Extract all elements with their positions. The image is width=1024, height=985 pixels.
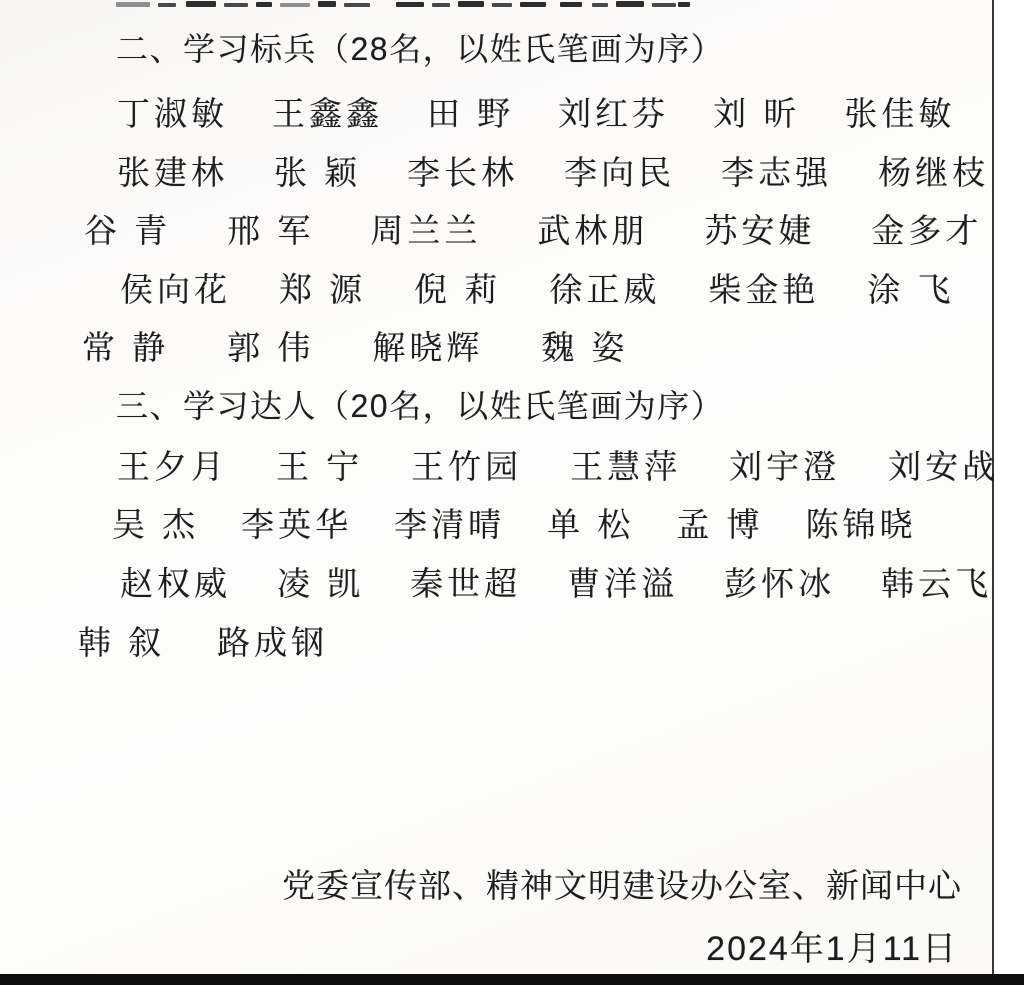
person-name: 王鑫鑫 — [272, 88, 383, 135]
person-name: 苏安婕 — [704, 205, 815, 252]
person-name: 田 野 — [427, 88, 514, 135]
section-heading-2: 三、学习达人（20名，以姓氏笔画为序） — [116, 381, 724, 427]
section-heading-1: 二、学习标兵（28名，以姓氏笔画为序） — [116, 24, 724, 70]
person-name: 谷 青 — [84, 205, 171, 252]
photo-bottom-edge-bar — [0, 974, 1024, 985]
person-name: 刘安战 — [888, 441, 999, 488]
person-name: 魏 姿 — [541, 322, 628, 369]
person-name: 郑 源 — [279, 264, 366, 311]
name-row: 张建林张 颖李长林李向民李志强杨继枝 — [117, 147, 989, 194]
person-name: 凌 凯 — [277, 558, 364, 605]
person-name: 曹洋溢 — [567, 558, 678, 605]
person-name: 张建林 — [117, 147, 228, 194]
person-name: 倪 莉 — [414, 264, 501, 311]
person-name: 李向民 — [564, 147, 675, 194]
document-date: 2024年1月11日 — [706, 921, 958, 970]
name-row: 丁淑敏王鑫鑫田 野刘红芬刘 昕张佳敏 — [117, 88, 955, 135]
name-row: 侯向花郑 源倪 莉徐正威柴金艳涂 飞 — [120, 264, 955, 311]
person-name: 张 颖 — [274, 147, 361, 194]
name-row: 吴 杰李英华李清晴单 松孟 博陈锦晓 — [112, 499, 917, 546]
person-name: 刘宇澄 — [729, 441, 840, 488]
document-page: 二、学习标兵（28名，以姓氏笔画为序）丁淑敏王鑫鑫田 野刘红芬刘 昕张佳敏张建林… — [0, 0, 994, 985]
person-name: 涂 飞 — [867, 264, 954, 311]
person-name: 李英华 — [241, 499, 352, 546]
person-name: 柴金艳 — [708, 264, 819, 311]
name-row: 谷 青邢 军周兰兰武林朋苏安婕金多才 — [84, 205, 982, 252]
name-row: 王夕月王 宁王竹园王慧萍刘宇澄刘安战 — [117, 441, 999, 488]
person-name: 武林朋 — [537, 205, 648, 252]
person-name: 郭 伟 — [227, 322, 314, 369]
person-name: 陈锦晓 — [806, 499, 917, 546]
person-name: 吴 杰 — [112, 499, 199, 546]
person-name: 韩云飞 — [881, 558, 992, 605]
page-right-margin — [994, 0, 1024, 985]
clipped-text-fragments-row — [0, 0, 992, 8]
person-name: 解晓辉 — [372, 322, 483, 369]
person-name: 赵权威 — [120, 558, 231, 605]
person-name: 刘 昕 — [713, 88, 800, 135]
person-name: 韩 叙 — [78, 617, 165, 664]
person-name: 秦世超 — [410, 558, 521, 605]
person-name: 彭怀冰 — [724, 558, 835, 605]
person-name: 孟 博 — [676, 499, 763, 546]
person-name: 王竹园 — [411, 441, 522, 488]
person-name: 李志强 — [721, 147, 832, 194]
person-name: 王 宁 — [276, 441, 363, 488]
person-name: 王慧萍 — [570, 441, 681, 488]
person-name: 李长林 — [407, 147, 518, 194]
person-name: 刘红芬 — [558, 88, 669, 135]
person-name: 丁淑敏 — [117, 88, 228, 135]
name-row: 常 静郭 伟解晓辉魏 姿 — [82, 322, 629, 369]
person-name: 杨继枝 — [878, 147, 989, 194]
person-name: 李清晴 — [394, 499, 505, 546]
person-name: 周兰兰 — [370, 205, 481, 252]
name-row: 韩 叙路成钢 — [78, 617, 328, 664]
person-name: 王夕月 — [117, 441, 228, 488]
person-name: 金多才 — [871, 205, 982, 252]
name-row: 赵权威凌 凯秦世超曹洋溢彭怀冰韩云飞 — [120, 558, 992, 605]
person-name: 邢 军 — [227, 205, 314, 252]
person-name: 张佳敏 — [844, 88, 955, 135]
person-name: 侯向花 — [120, 264, 231, 311]
person-name: 单 松 — [547, 499, 634, 546]
person-name: 徐正威 — [549, 264, 660, 311]
person-name: 路成钢 — [217, 617, 328, 664]
signature-departments: 党委宣传部、精神文明建设办公室、新闻中心 — [282, 860, 962, 907]
person-name: 常 静 — [82, 322, 169, 369]
